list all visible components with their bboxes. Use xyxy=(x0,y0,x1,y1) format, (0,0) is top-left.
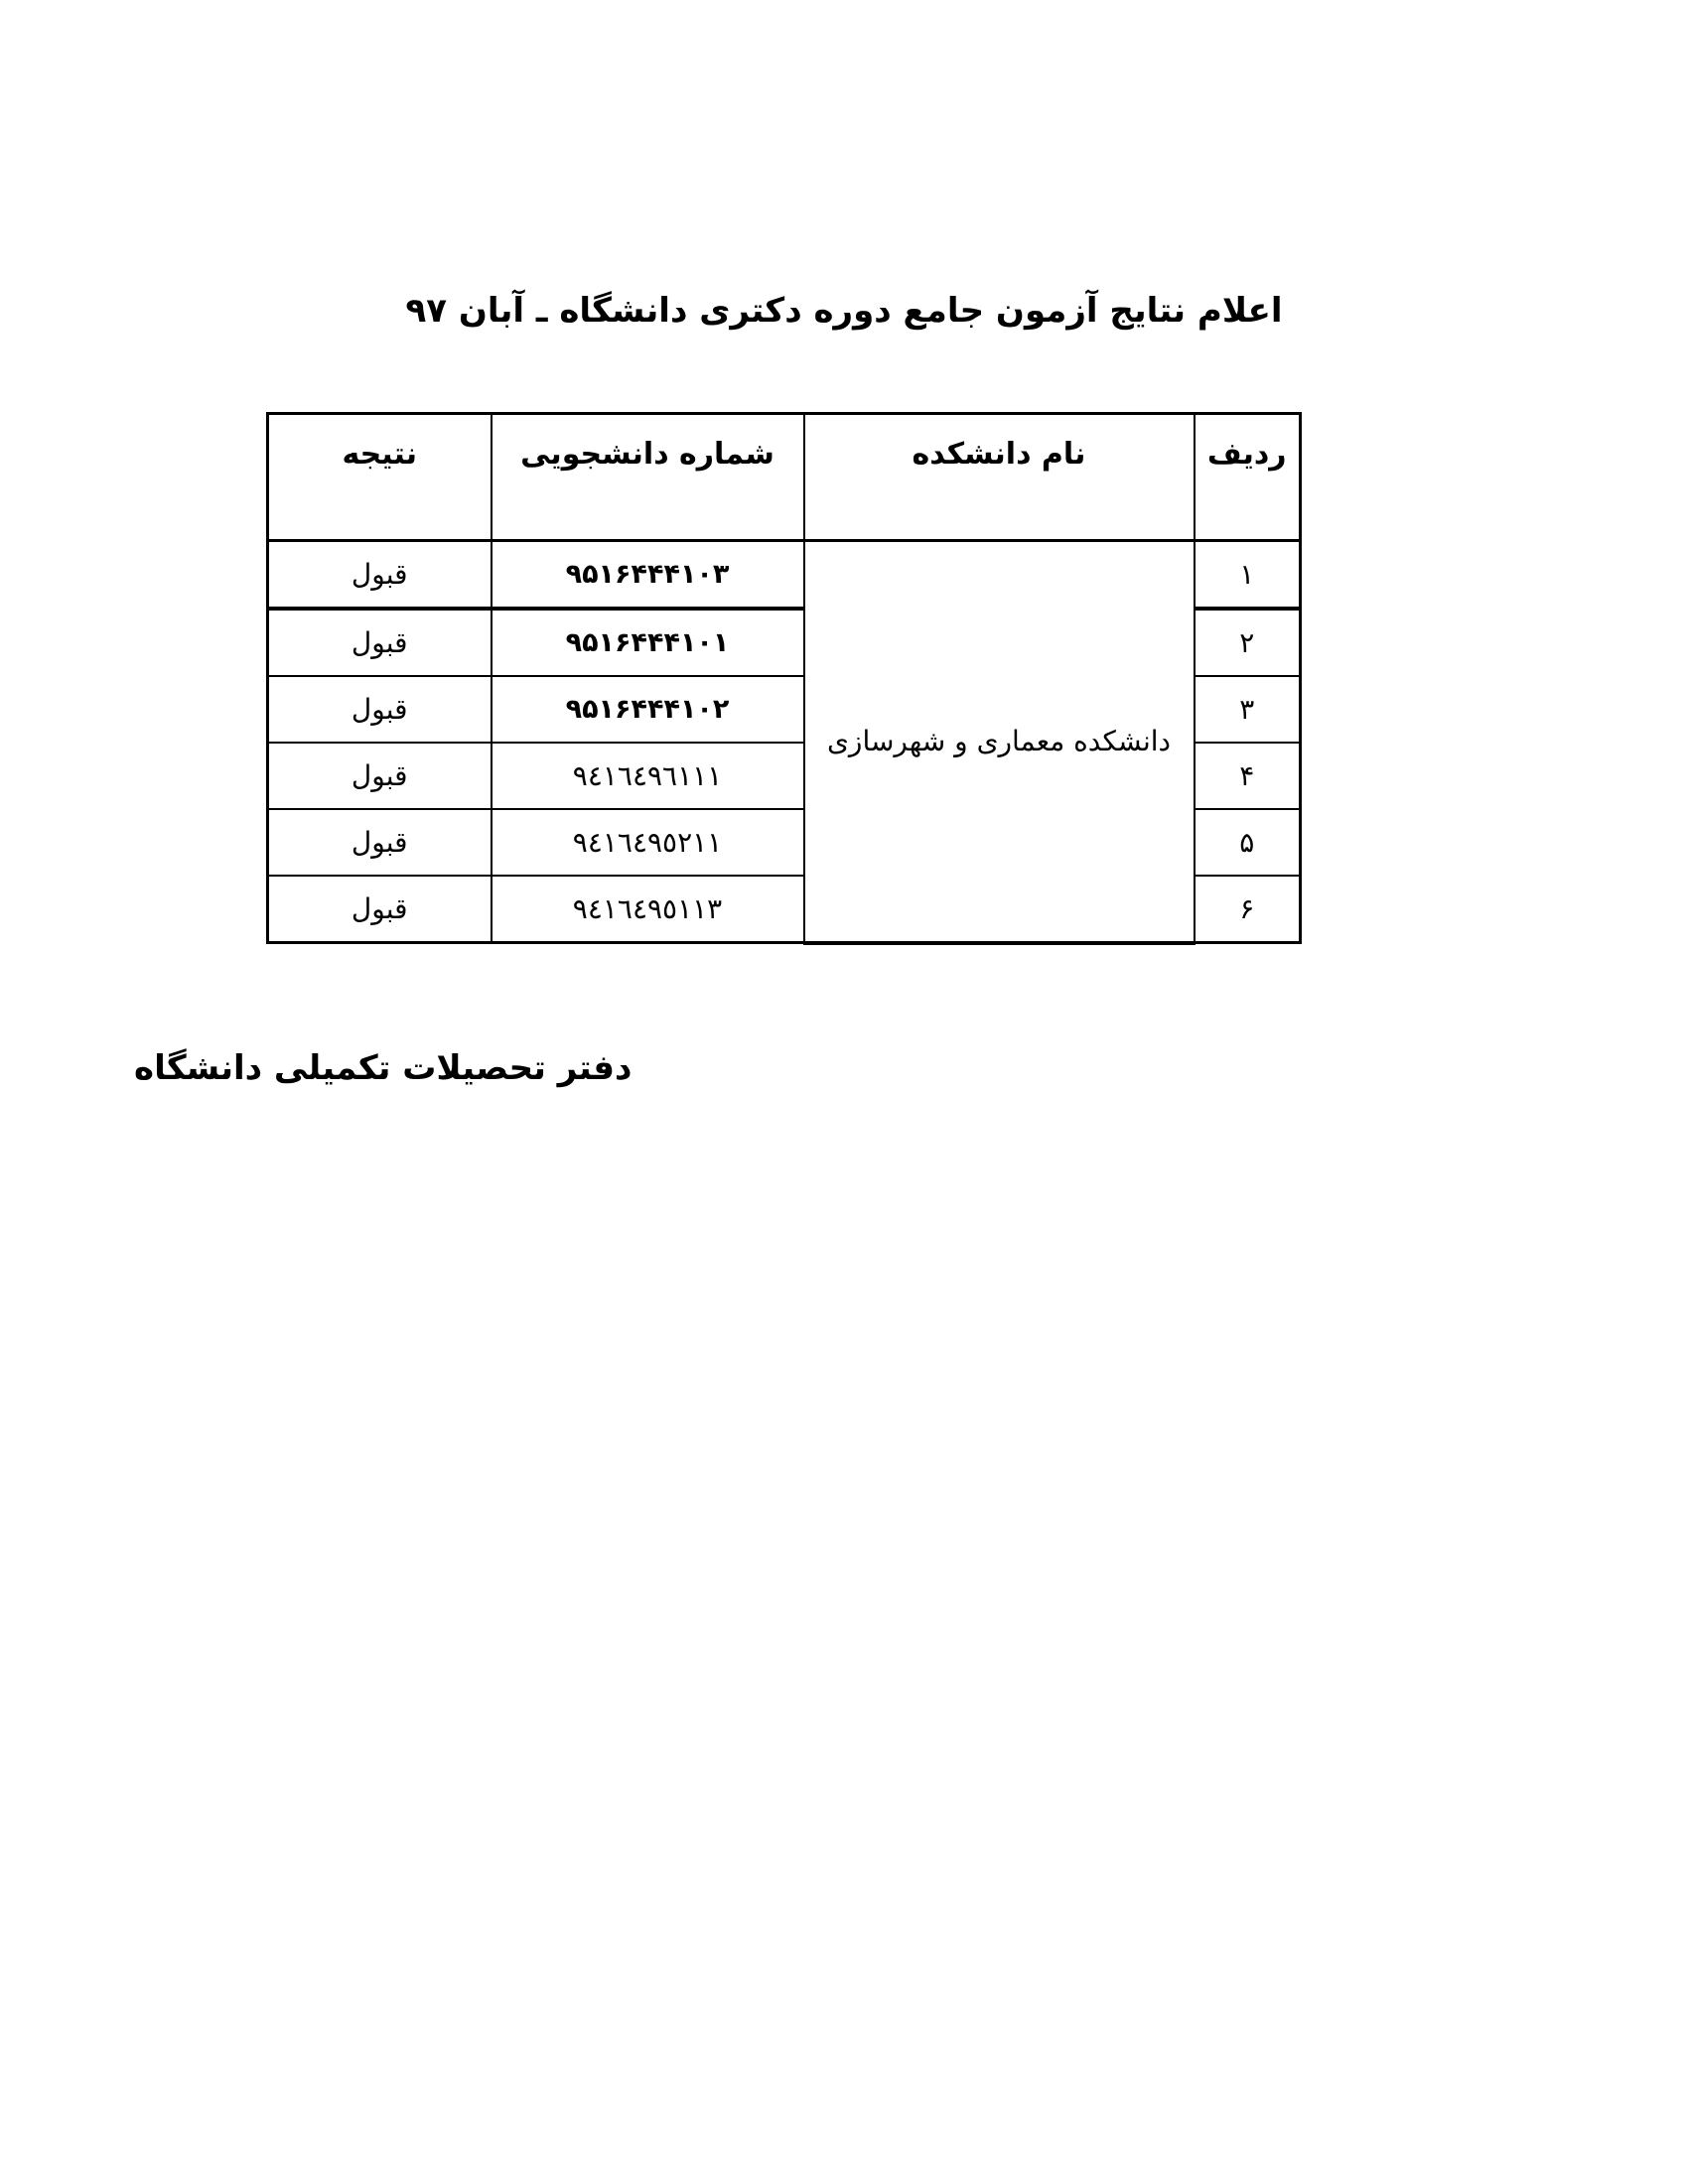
student-id-cell: ۹۵۱۶۴۴۴۱۰۲ xyxy=(492,676,804,743)
results-table: ردیف نام دانشکده شماره دانشجویی نتیجه ۱ … xyxy=(266,412,1302,945)
col-header-row-number: ردیف xyxy=(1195,414,1301,541)
student-id-cell: ٩٤١٦٤٩٥٢١١ xyxy=(492,809,804,876)
row-number-cell: ۳ xyxy=(1195,676,1301,743)
row-number-cell: ۱ xyxy=(1195,541,1301,610)
student-id-cell: ٩٤١٦٤٩٥١١٣ xyxy=(492,876,804,943)
row-number-cell: ۴ xyxy=(1195,743,1301,809)
student-id-cell: ٩٤١٦٤٩٦١١١ xyxy=(492,743,804,809)
col-header-faculty: نام دانشکده xyxy=(804,414,1195,541)
student-id-cell: ۹۵۱۶۴۴۴۱۰۱ xyxy=(492,609,804,676)
row-number-cell: ۲ xyxy=(1195,609,1301,676)
result-cell: قبول xyxy=(268,743,492,809)
document-page: اعلام نتایج آزمون جامع دوره دکتری دانشگا… xyxy=(0,0,1688,2184)
faculty-cell: دانشکده معماری و شهرسازی xyxy=(804,541,1195,943)
result-cell: قبول xyxy=(268,676,492,743)
row-number-cell: ۶ xyxy=(1195,876,1301,943)
table-header-row: ردیف نام دانشکده شماره دانشجویی نتیجه xyxy=(268,414,1301,541)
col-header-result: نتیجه xyxy=(268,414,492,541)
result-cell: قبول xyxy=(268,809,492,876)
signature-office-label: دفتر تحصیلات تکمیلی دانشگاه xyxy=(134,1048,632,1088)
col-header-student-id: شماره دانشجویی xyxy=(492,414,804,541)
student-id-cell: ۹۵۱۶۴۴۴۱۰۳ xyxy=(492,541,804,610)
document-title: اعلام نتایج آزمون جامع دوره دکتری دانشگا… xyxy=(0,291,1688,331)
row-number-cell: ۵ xyxy=(1195,809,1301,876)
result-cell: قبول xyxy=(268,541,492,610)
result-cell: قبول xyxy=(268,609,492,676)
table-row: ۱ دانشکده معماری و شهرسازی ۹۵۱۶۴۴۴۱۰۳ قب… xyxy=(268,541,1301,610)
result-cell: قبول xyxy=(268,876,492,943)
